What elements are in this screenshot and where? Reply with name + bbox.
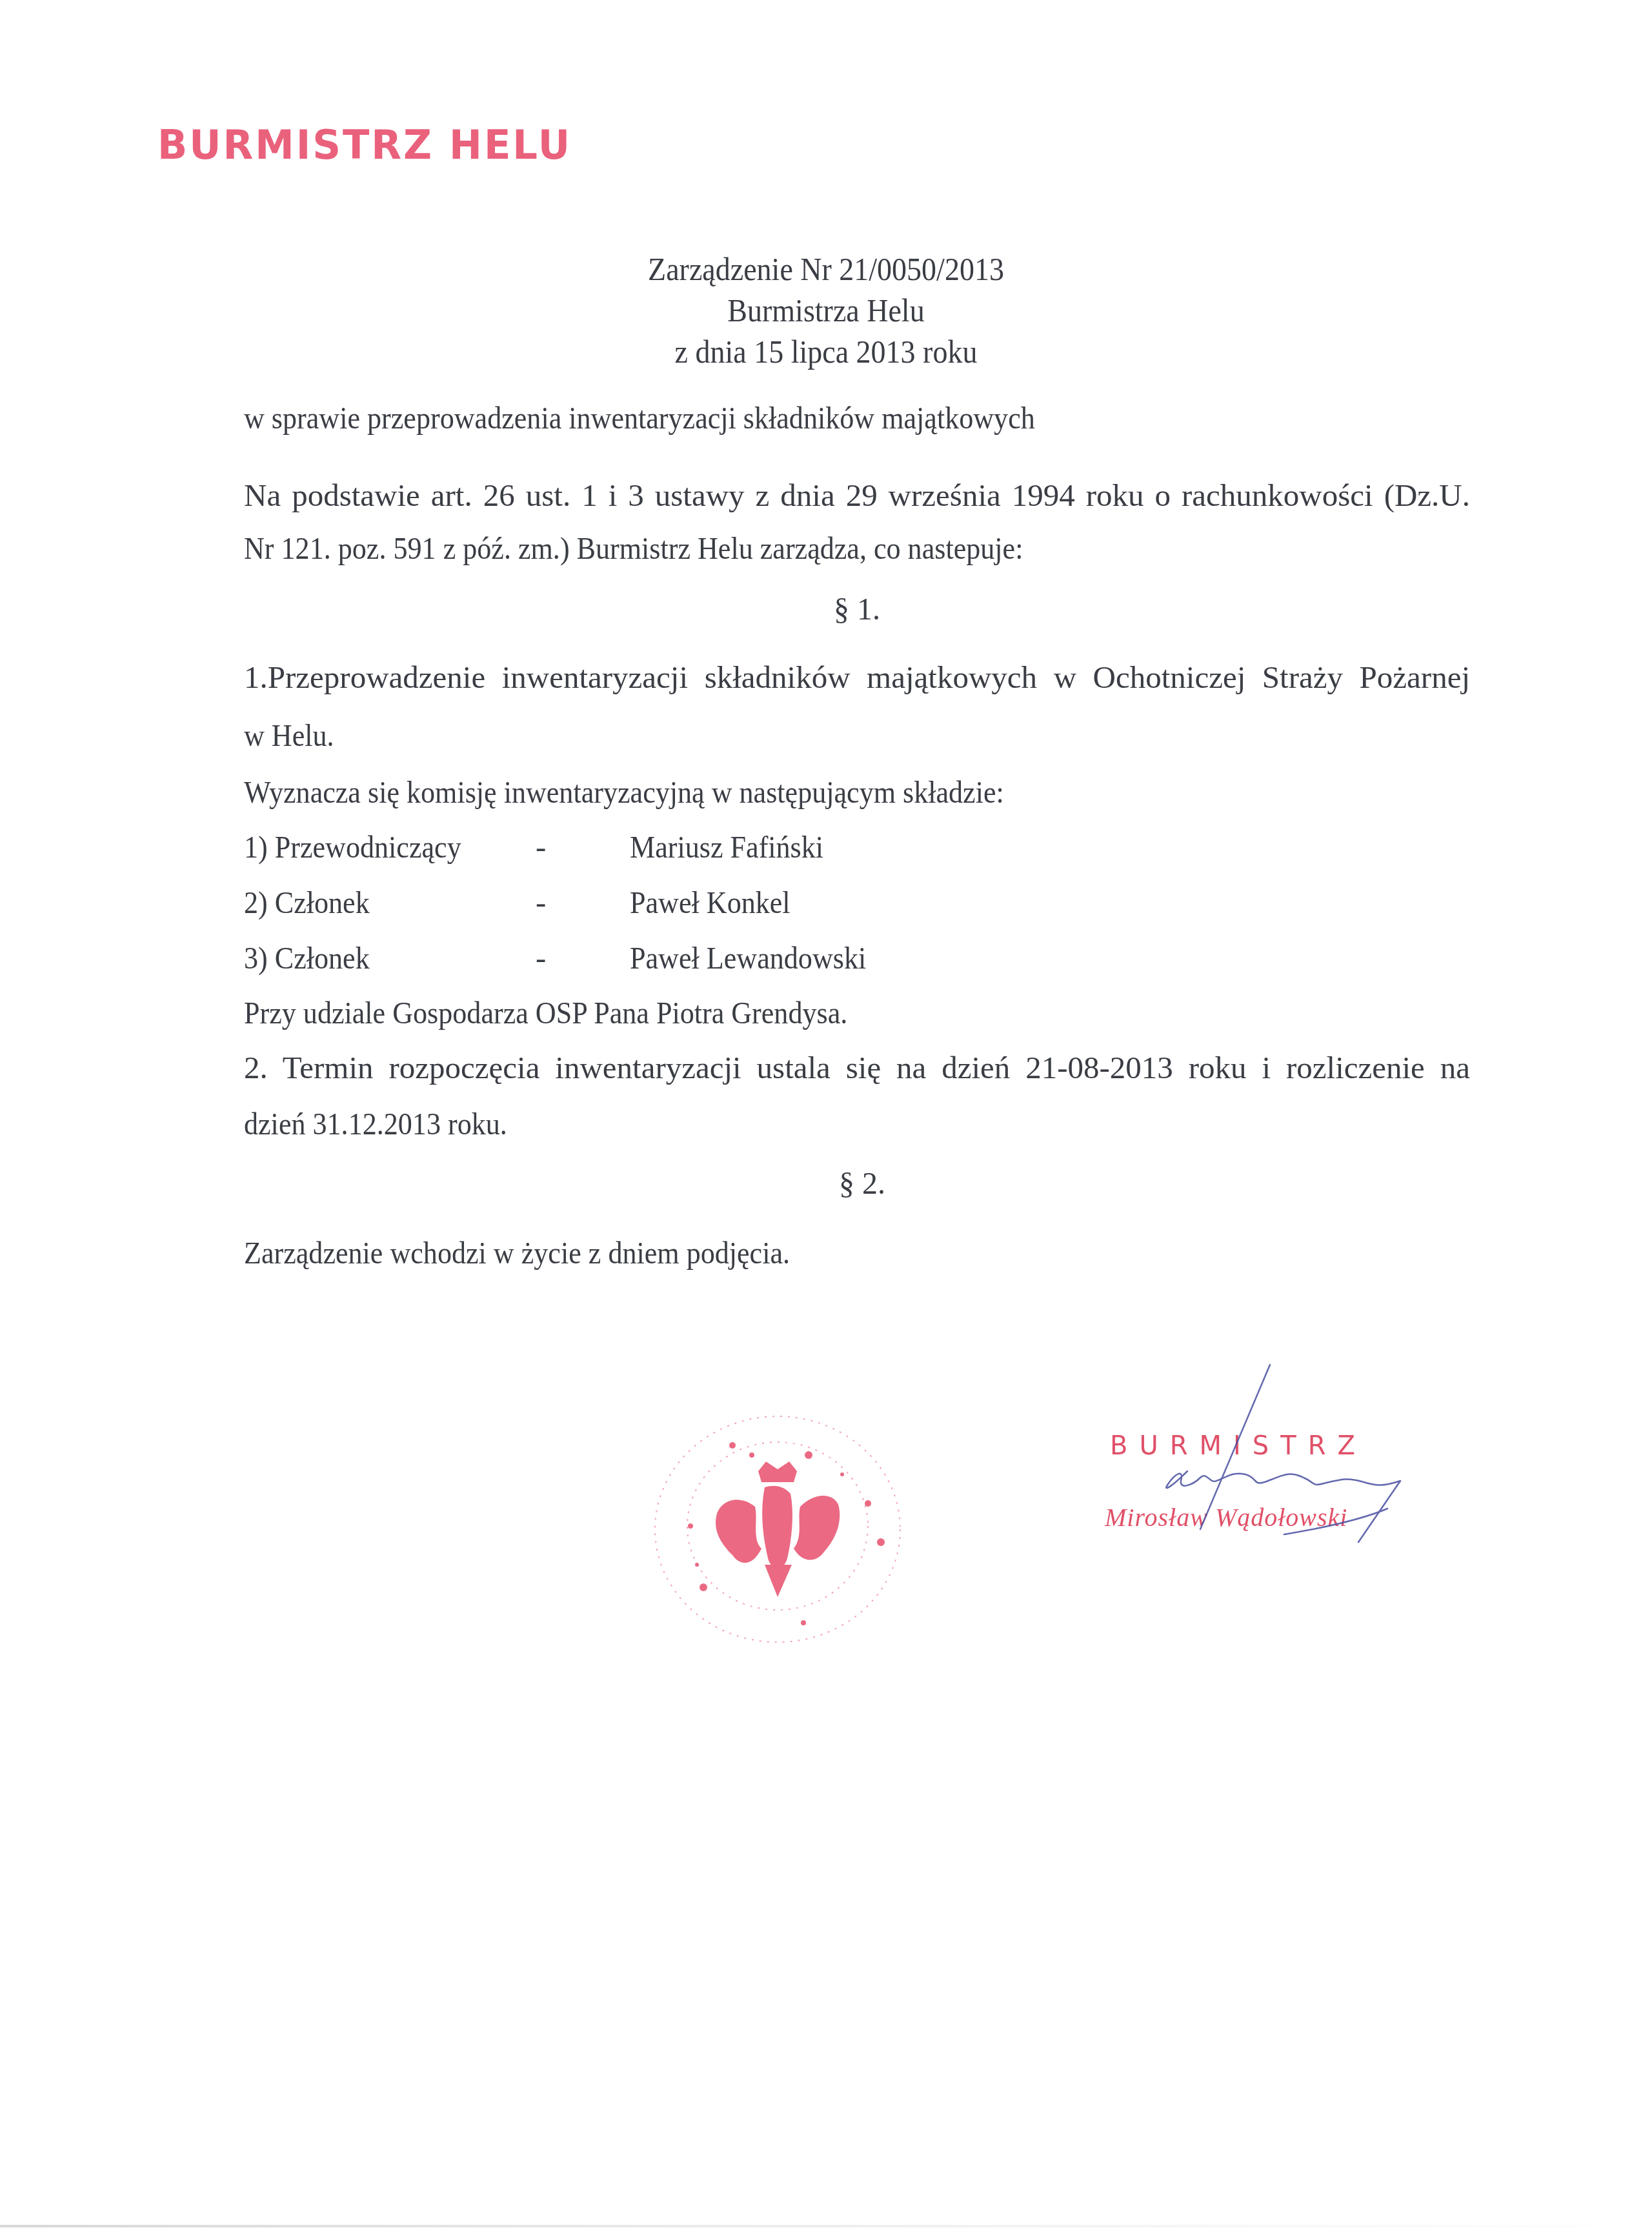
document-title: Zarządzenie Nr 21/0050/2013 Burmistrza H… [0, 248, 1652, 372]
member-dash: - [536, 828, 546, 867]
point-1-line-1: 1.Przeprowadzenie inwentaryzacji składni… [244, 658, 1470, 697]
title-line-ordinance-number: Zarządzenie Nr 21/0050/2013 [66, 248, 1586, 290]
section-2-text: Zarządzenie wchodzi w życie z dniem podj… [244, 1234, 790, 1272]
point-1-text: 1.Przeprowadzenie inwentaryzacji składni… [244, 659, 1470, 695]
point-1-line-2: w Helu. [244, 716, 334, 755]
member-dash: - [536, 883, 546, 922]
document-page: BURMISTRZ HELU Zarządzenie Nr 21/0050/20… [0, 0, 1652, 2230]
subject-line: w sprawie przeprowadzenia inwentaryzacji… [244, 399, 1035, 437]
scan-edge-divider [0, 2225, 1652, 2227]
point-2-line-1: 2. Termin rozpoczęcia inwentaryzacji ust… [244, 1049, 1470, 1087]
member-dash: - [536, 939, 546, 978]
member-name: Mariusz Fafiński [630, 828, 823, 867]
handwritten-signature-icon [1097, 1355, 1458, 1562]
member-role: 1) Przewodniczący [244, 828, 461, 867]
point-2-line-2: dzień 31.12.2013 roku. [244, 1105, 507, 1143]
commission-intro: Wyznacza się komisję inwentaryzacyjną w … [244, 773, 1004, 812]
member-name: Paweł Lewandowski [630, 939, 866, 978]
header-stamp: BURMISTRZ HELU [157, 121, 572, 168]
participation-line: Przy udziale Gospodarza OSP Pana Piotra … [244, 994, 847, 1032]
member-name: Paweł Konkel [630, 883, 791, 922]
section-1-mark: § 1. [834, 590, 880, 629]
member-role: 2) Członek [244, 883, 370, 922]
basis-text-1: Na podstawie art. 26 ust. 1 i 3 ustawy z… [244, 477, 1470, 513]
title-line-issuer: Burmistrza Helu [66, 290, 1586, 331]
signature-block: BURMISTRZ Mirosław Wądołowski [1097, 1355, 1458, 1562]
basis-line-1: Na podstawie art. 26 ust. 1 i 3 ustawy z… [244, 476, 1470, 515]
basis-line-2: Nr 121. poz. 591 z póź. zm.) Burmistrz H… [244, 529, 1023, 568]
point-2-text: 2. Termin rozpoczęcia inwentaryzacji ust… [244, 1050, 1470, 1085]
title-line-date: z dnia 15 lipca 2013 roku [66, 331, 1586, 372]
member-role: 3) Członek [244, 939, 370, 978]
official-seal-icon [649, 1410, 907, 1649]
section-2-mark: § 2. [839, 1165, 885, 1203]
